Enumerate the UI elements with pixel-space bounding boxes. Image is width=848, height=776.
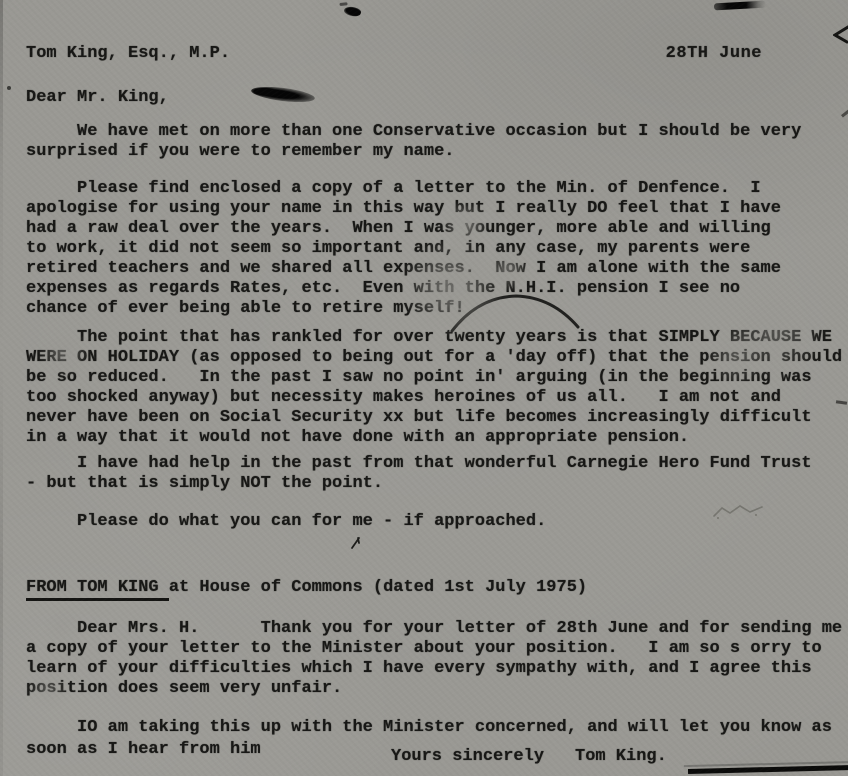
reply-paragraph: Dear Mrs. H. Thank you for your letter o…: [26, 619, 848, 699]
reply-heading: FROM TOM KING at House of Commons (dated…: [26, 578, 848, 598]
letter-paragraph: We have met on more than one Conservativ…: [26, 122, 848, 162]
reply-heading-underlined: FROM TOM KING: [26, 578, 169, 601]
valediction: Yours sincerely: [391, 747, 544, 767]
closing-left-text: soon as I hear from him: [26, 740, 261, 760]
date-line: 28TH June: [666, 44, 762, 64]
signature: Tom King.: [575, 747, 667, 767]
letter-paragraph: I have had help in the past from that wo…: [26, 454, 848, 494]
closing-row: soon as I hear from him Yours sincerely …: [26, 740, 848, 770]
letter-paragraph: Please do what you can for me - if appro…: [26, 512, 848, 532]
addressee-line: Tom King, Esq., M.P.: [26, 44, 230, 64]
letter-header: Tom King, Esq., M.P. 28TH June: [26, 44, 848, 64]
reply-heading-rest: at House of Commons (dated 1st July 1975…: [169, 578, 587, 597]
salutation: Dear Mr. King,: [26, 88, 848, 108]
letter-body: Tom King, Esq., M.P. 28TH June Dear Mr. …: [0, 0, 848, 776]
reply-paragraph: IO am taking this up with the Minister c…: [26, 718, 848, 738]
letter-paragraph: Please find enclosed a copy of a letter …: [26, 179, 848, 319]
scanned-letter-page: Tom King, Esq., M.P. 28TH June Dear Mr. …: [0, 0, 848, 776]
letter-paragraph: The point that has rankled for over twen…: [26, 328, 848, 448]
